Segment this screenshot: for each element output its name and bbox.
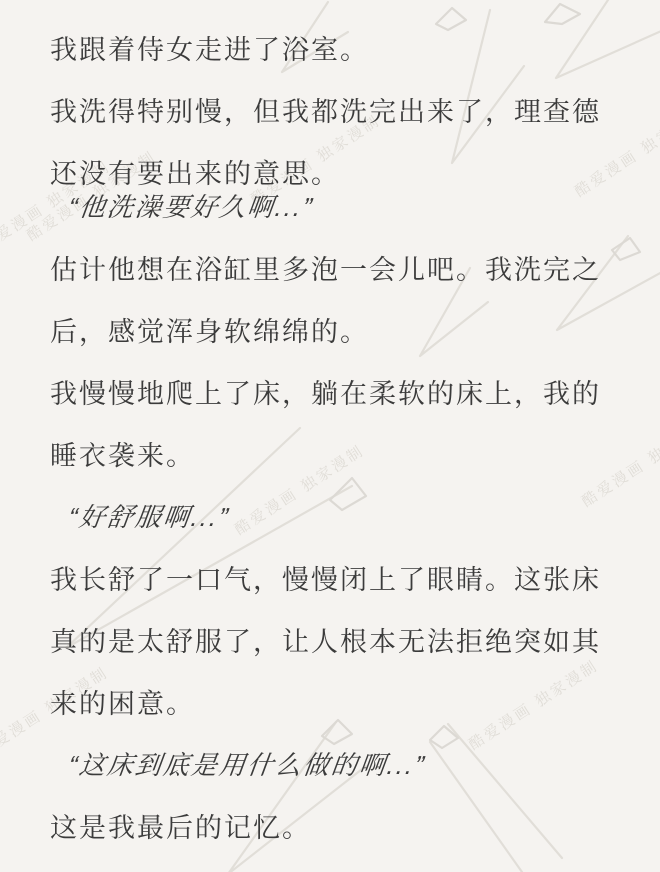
text-line: 我慢慢地爬上了床，躺在柔软的床上，我的	[50, 360, 626, 422]
text-line: 这是我最后的记忆。	[50, 794, 626, 856]
quote-line: “他洗澡要好久啊...”	[50, 174, 634, 236]
text-line: 后，感觉浑身软绵绵的。	[50, 298, 626, 360]
text-line: 睡衣袭来。	[50, 422, 626, 484]
text-line: 来的困意。	[50, 670, 626, 732]
text-line: 我洗得特别慢，但我都洗完出来了，理查德	[50, 78, 626, 140]
text-line: 真的是太舒服了，让人根本无法拒绝突如其	[50, 608, 626, 670]
quote-line: “好舒服啊...”	[50, 484, 634, 546]
text-line: 我跟着侍女走进了浴室。	[50, 16, 626, 78]
text-line: 我长舒了一口气，慢慢闭上了眼睛。这张床	[50, 546, 626, 608]
text-line: 估计他想在浴缸里多泡一会儿吧。我洗完之	[50, 236, 626, 298]
quote-line: “这床到底是用什么做的啊...”	[50, 732, 634, 794]
novel-text-content: 我跟着侍女走进了浴室。 我洗得特别慢，但我都洗完出来了，理查德 还没有要出来的意…	[0, 0, 660, 872]
novel-text-page: 酷爱漫画 独家漫制 酷爱漫画 独家漫制 酷爱漫画 独家漫制 酷爱漫画 独家漫制 …	[0, 0, 660, 872]
